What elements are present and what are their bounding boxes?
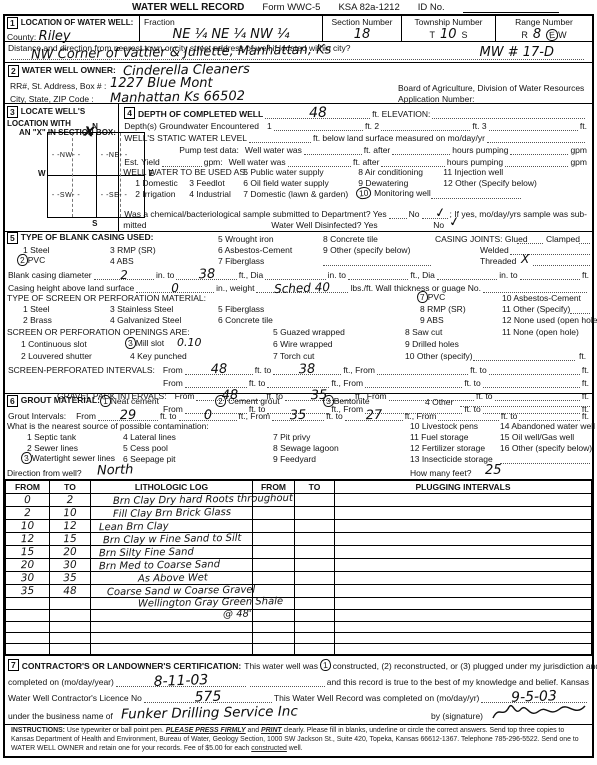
use-8: 8 Air conditioning	[358, 167, 423, 177]
yield-blank-2	[381, 158, 444, 167]
gi-blank-6	[519, 412, 580, 421]
section6-number: 6	[7, 395, 18, 407]
use-5: 5 Public water supply	[243, 167, 323, 177]
screen-material-row-2: 1 Steel 3 Stainless Steel 5 Fiberglass 8…	[5, 304, 592, 315]
well-number-value: MW # 17-D	[480, 45, 554, 60]
use-10: 10 Monitoring well	[356, 187, 431, 199]
grout-other-blank	[460, 399, 590, 407]
section5-number: 5	[7, 232, 18, 244]
use-12: 12 Other (Specify below)	[443, 178, 537, 188]
gw-blank-1	[274, 122, 363, 131]
instructions-constructed: constructed	[251, 745, 287, 752]
ksa-number: KSA 82a-1212	[338, 2, 399, 13]
clamped-label: Clamped	[546, 234, 580, 244]
section-number-label: Section Number	[323, 17, 401, 27]
casing-8: 8 Concrete tile	[323, 234, 378, 244]
use-row-3: 2 Irrigation 4 Industrial 7 Domestic (la…	[121, 189, 590, 200]
diam-ftdia-2: ft., Dia	[410, 270, 435, 280]
constructed-1-circled: 1	[320, 659, 332, 672]
grout-1: 1Neat cement	[100, 395, 159, 407]
log-row: 210Fill Clay Brn Brick Glass	[6, 507, 592, 520]
direction-label: Direction from well?	[7, 468, 82, 478]
log-row-empty	[6, 644, 592, 655]
gi-ftto-2: ft. to	[326, 411, 343, 421]
spi-from: From	[163, 365, 183, 375]
use-10-label: Monitoring well	[374, 188, 431, 198]
casing-6: 6 Asbestos-Cement	[218, 245, 292, 255]
cert-blank-mid	[250, 678, 325, 687]
spi2-ftfrom: ft., From	[331, 378, 363, 388]
static-level-line: WELL'S STATIC WATER LEVEL ft. below land…	[121, 131, 590, 143]
diameter-value: 2	[120, 268, 128, 282]
pump-www: Well water was	[245, 145, 302, 155]
sample-question: Was a chemical/bacteriological sample su…	[124, 209, 386, 219]
diam-into-1: in. to	[156, 270, 174, 280]
use-label: WELL WATER TO BE USED AS:	[123, 167, 247, 177]
lithologic-table-wrap: FROM TO LITHOLOGIC LOG FROM TO PLUGGING …	[5, 480, 592, 655]
log-row: 2030Brn Med to Coarse Sand	[6, 559, 592, 572]
col-to-1: TO	[50, 481, 91, 494]
opening-10-ft: ft.	[579, 351, 586, 361]
spi-blank-2: 38	[273, 366, 341, 375]
spi2-ftto-2: ft. to	[464, 378, 481, 388]
opening-11: 11 None (open hole)	[502, 327, 579, 337]
signature-label: by (signature)	[431, 711, 483, 721]
mill-slot-value: 0.10	[177, 336, 202, 349]
screen-intervals-line-1: SCREEN-PERFORATED INTERVALS: From 48 ft.…	[5, 362, 592, 375]
completed-date-value: 8-11-03	[153, 672, 208, 690]
diameter-label: Blank casing diameter	[8, 270, 92, 280]
direction-value: North	[97, 463, 134, 479]
fraction-value: NE ¼ NE ¼ NW ¼	[140, 27, 322, 42]
grout-title: GROUT MATERIAL:	[21, 395, 100, 405]
screen-1: 1 Steel	[23, 304, 49, 314]
casing-7: 7 Fiberglass	[218, 256, 264, 266]
opening-9: 9 Drilled holes	[405, 339, 459, 349]
log-header-row: FROM TO LITHOLOGIC LOG FROM TO PLUGGING …	[6, 481, 592, 494]
form-header: WATER WELL RECORD Form WWC-5 KSA 82a-121…	[132, 2, 559, 13]
spi-ft-end: ft.	[582, 365, 589, 375]
casing-joints-label: CASING JOINTS: Glued	[435, 234, 528, 244]
col-to-2: TO	[295, 481, 335, 494]
opening-10: 10 Other (specify)	[405, 351, 473, 361]
contam-other-blank	[500, 456, 590, 464]
depth-value: 48	[308, 105, 326, 122]
screen-5: 5 Fiberglass	[218, 304, 264, 314]
diam-into-2: in. to	[328, 270, 346, 280]
casing-3: 3 RMP (SR)	[110, 245, 156, 255]
static-mid-label: ft. below land surface measured on mo/da…	[313, 133, 485, 143]
openings-row-1: SCREEN OR PERFORATION OPENINGS ARE: 5 Gu…	[5, 326, 592, 338]
lithologic-table: FROM TO LITHOLOGIC LOG FROM TO PLUGGING …	[5, 480, 592, 655]
certification-title: CONTRACTOR'S OR LANDOWNER'S CERTIFICATIO…	[22, 661, 242, 671]
yield-gpm: gpm:	[204, 157, 223, 167]
openings-title: SCREEN OR PERFORATION OPENINGS ARE:	[7, 327, 190, 337]
screen-4: 4 Galvanized Steel	[110, 315, 181, 325]
instructions-label: INSTRUCTIONS:	[11, 727, 65, 734]
spi-blank-4	[489, 366, 580, 375]
opening-10-blank	[473, 353, 575, 361]
spi2-from: From	[163, 378, 183, 388]
diameter-ft-value: 38	[198, 267, 215, 283]
instructions-p4: well.	[287, 745, 303, 752]
opening-6: 6 Wire wrapped	[273, 339, 333, 349]
screen-9: 9 ABS	[420, 315, 444, 325]
screen-12: 12 None used (open hole)	[502, 315, 597, 325]
sample-rest: ; If yes, mo/day/yrs sample was sub-	[450, 209, 587, 219]
screen-2: 2 Brass	[23, 315, 52, 325]
casing-height-line: Casing height above land surface 0 in., …	[5, 280, 592, 293]
application-number-label: Application Number:	[398, 94, 475, 104]
gi-blank-4: 27	[345, 412, 403, 421]
opening-1: 1 Continuous slot	[21, 339, 87, 349]
elevation-blank	[432, 110, 585, 119]
screen-11-blank	[570, 306, 590, 314]
screen-7-pvc: 7PVC	[417, 291, 445, 303]
pump-blank-2	[392, 146, 450, 155]
grout-2-label: Cement grout	[228, 396, 280, 406]
township-s: S	[462, 30, 468, 40]
contam-15: 15 Oil well/Gas well	[500, 432, 574, 442]
form-title: WATER WELL RECORD	[132, 2, 244, 13]
log-row: 02Brn Clay Dry hard Roots throughout	[6, 494, 592, 507]
quadrant-nw: - -NW- -	[52, 152, 81, 159]
depth-label: DEPTH OF COMPLETED WELL	[138, 109, 263, 119]
section-number-value: 18	[323, 27, 401, 42]
section-box-dashed-left	[72, 133, 73, 217]
record-completed-label: This Water Well Record was completed on …	[274, 693, 479, 703]
groundwater-label: Depth(s) Groundwater Encountered	[124, 121, 259, 131]
spi-from-value: 48	[210, 362, 227, 378]
opening-7: 7 Torch cut	[273, 351, 314, 361]
spi2-ftto: ft. to	[249, 378, 266, 388]
contam-14: 14 Abandoned water well	[500, 421, 595, 431]
contam-9: 9 Feedyard	[273, 454, 316, 464]
fraction-cell: Fraction NE ¼ NE ¼ NW ¼	[140, 16, 323, 41]
depth-blank: 48	[265, 110, 370, 119]
casing-2-label: PVC	[28, 255, 45, 265]
instructions-print: PRINT	[261, 727, 282, 734]
feet-label: How many feet?	[410, 468, 471, 478]
est-yield-line: Est. Yield gpm:Well water was ft. after …	[121, 155, 590, 167]
depth-line: 4 DEPTH OF COMPLETED WELL 48 ft. ELEVATI…	[121, 105, 590, 119]
contam-5: 5 Cess pool	[123, 443, 168, 453]
use-6: 6 Oil field water supply	[243, 178, 329, 188]
use-row-1: WELL WATER TO BE USED AS: 5 Public water…	[121, 167, 590, 178]
use-10-blank	[431, 191, 521, 199]
screen-6: 6 Concrete tile	[218, 315, 273, 325]
weight-blank: Sched 40	[256, 284, 348, 293]
owner-title: WATER WELL OWNER:	[22, 65, 116, 75]
yield-blank-0	[162, 158, 202, 167]
instructions-press-firmly: PLEASE PRESS FIRMLY	[166, 727, 246, 734]
completed-label: completed on (mo/day/year)	[8, 677, 114, 687]
casing-9: 9 Other (specify below)	[323, 245, 410, 255]
contamination-row-2: 1 Septic tank 4 Lateral lines 7 Pit priv…	[5, 432, 592, 443]
threaded-label: Threaded	[480, 256, 516, 266]
city-label: City, State, ZIP Code :	[10, 94, 94, 104]
threaded-blank	[533, 258, 590, 266]
diam-ftdia-1: ft., Dia	[239, 270, 264, 280]
contam-1: 1 Septic tank	[27, 432, 76, 442]
compass-w: W	[38, 169, 46, 178]
clamped-blank	[579, 236, 590, 244]
yield-hours: hours pumping	[447, 157, 503, 167]
col-plugging-intervals: PLUGGING INTERVALS	[335, 481, 592, 494]
diam-into-3: in. to	[499, 270, 517, 280]
range-cell: Range Number R 8 EW	[496, 16, 592, 41]
board-label: Board of Agriculture, Division of Water …	[398, 83, 584, 93]
township-t: T	[429, 30, 435, 40]
contam-11: 11 Fuel storage	[410, 432, 468, 442]
grout-1-circled: 1	[100, 395, 112, 408]
section-number-cell: Section Number 18	[323, 16, 402, 41]
gi-blank-3: 35	[272, 412, 324, 421]
form-frame: 1LOCATION OF WATER WELL: County: Riley F…	[3, 14, 594, 758]
diam-blank-4	[348, 271, 408, 280]
static-blank-1	[249, 134, 311, 143]
diam-blank-3	[265, 271, 325, 280]
casing-5: 5 Wrought iron	[218, 234, 274, 244]
grout-3: 3Bentonite	[323, 395, 370, 407]
use-1: 1 Domestic	[135, 178, 178, 188]
mitted-label: mitted	[123, 220, 146, 230]
spacer	[121, 200, 590, 207]
cert-line-2: completed on (mo/day/year) 8-11-03 and t…	[5, 671, 592, 687]
pump-test-line: Pump test data:Well water was ft. after …	[121, 143, 590, 155]
openings-row-3: 2 Louvered shutter 4 Key punched 7 Torch…	[5, 350, 592, 362]
spi2-ft-end: ft.	[582, 378, 589, 388]
quadrant-ne: - -NE- -	[101, 152, 128, 159]
yield-blank-3	[505, 158, 568, 167]
casing-diameter-line: Blank casing diameter 2 in. to 38 ft., D…	[5, 267, 592, 280]
col-from-2: FROM	[253, 481, 295, 494]
feet-value: 25	[485, 463, 502, 478]
spi2-blank-4	[483, 379, 580, 388]
gi-ftfrom: ft., From	[239, 411, 271, 421]
gw-1: 1	[267, 121, 272, 131]
contamination-row-1: What is the nearest source of possible c…	[5, 421, 592, 432]
pump-blank-1	[304, 146, 362, 155]
grout-2: 2 Cement grout	[215, 395, 280, 407]
range-r: R	[521, 30, 528, 40]
screen-material-row-1: TYPE OF SCREEN OR PERFORATION MATERIAL: …	[5, 293, 592, 304]
gw-ft: ft.	[580, 121, 587, 131]
section1-number: 1	[7, 17, 18, 29]
county-cell: 1LOCATION OF WATER WELL: County: Riley	[5, 16, 140, 41]
screen-intervals-label: SCREEN-PERFORATED INTERVALS:	[8, 365, 155, 375]
log-row: 1520Brn Silty Fine Sand	[6, 546, 592, 559]
contam-7: 7 Pit privy	[273, 432, 310, 442]
sample-line: Was a chemical/bacteriological sample su…	[121, 207, 590, 219]
direction-line: Direction from well? North How many feet…	[5, 465, 592, 479]
license-label: Water Well Contractor's Licence No	[8, 693, 142, 703]
col-lithologic-log: LITHOLOGIC LOG	[91, 481, 253, 494]
opening-3-circled: 3	[125, 337, 137, 350]
cert-text-a: This water well was	[244, 661, 318, 671]
log-row: Wellington Gray Green Shale	[6, 598, 592, 610]
section3-number: 3	[7, 106, 18, 118]
license-blank: 575	[144, 694, 272, 703]
diam-blank-5	[437, 271, 497, 280]
id-blank-line	[463, 3, 559, 13]
grout-3-label: Bentonite	[334, 396, 370, 406]
depth-panel: 4 DEPTH OF COMPLETED WELL 48 ft. ELEVATI…	[119, 104, 592, 231]
gi-blank-5	[438, 412, 499, 421]
diam-blank-1: 2	[94, 271, 154, 280]
section1-title: LOCATION OF WATER WELL:	[21, 18, 134, 27]
grout-intervals-label: Grout Intervals:	[8, 411, 66, 421]
casing-2-pvc: 2PVC	[17, 254, 45, 266]
use-10-circled: 10	[356, 187, 372, 200]
spi-ftfrom: ft., From	[343, 365, 375, 375]
address-label: RR#, St. Address, Box # :	[10, 81, 106, 91]
record-date-value: 9-5-03	[511, 689, 557, 707]
sample-no-label: No	[409, 209, 420, 219]
opening-2: 2 Louvered shutter	[21, 351, 92, 361]
opening-4: 4 Key punched	[130, 351, 187, 361]
gw-blank-3	[489, 122, 578, 131]
contam-10: 10 Livestock pens	[410, 421, 478, 431]
screen-material-title: TYPE OF SCREEN OR PERFORATION MATERIAL:	[7, 293, 206, 303]
contam-16: 16 Other (specify below)	[500, 443, 592, 453]
disinfected-line: mitted Water Well Disinfected? Yes No ✓	[121, 219, 590, 231]
yield-ft-after: ft. after	[353, 157, 379, 167]
weight-rest-label: lbs./ft. Wall thickness or guage No.	[350, 283, 481, 293]
contam-12: 12 Fertilizer storage	[410, 443, 485, 453]
section7-number: 7	[8, 659, 19, 671]
section3-4-row: 3LOCATE WELL'S LOCATION WITH AN "X" IN S…	[5, 104, 592, 232]
record-date-blank: 9-5-03	[481, 694, 587, 703]
elevation-label: ft. ELEVATION:	[372, 109, 430, 119]
screen-8: 8 RMP (SR)	[420, 304, 466, 314]
s5-line1: 5TYPE OF BLANK CASING USED: 5 Wrought ir…	[5, 234, 592, 245]
welded-label: Welded	[480, 245, 509, 255]
pump-test-label: Pump test data:	[179, 145, 239, 155]
contam-4: 4 Lateral lines	[123, 432, 176, 442]
yield-blank-1	[288, 158, 351, 167]
weight-label: in., weight	[216, 283, 254, 293]
opening-3-millslot: 3Mill slot	[125, 337, 164, 349]
gi-ftto-3: ft. to	[501, 411, 518, 421]
casing-title: TYPE OF BLANK CASING USED:	[21, 232, 154, 242]
yield-www: Well water was	[229, 157, 286, 167]
township-cell: Township Number T 10 S	[402, 16, 496, 41]
opening-3-label: Mill slot	[136, 338, 164, 348]
opening-8: 8 Saw cut	[405, 327, 442, 337]
grout-2-circled: 2	[215, 395, 227, 408]
compass-s: S	[92, 219, 97, 228]
cert-line-1: 7 CONTRACTOR'S OR LANDOWNER'S CERTIFICAT…	[5, 658, 592, 671]
grout-1-label: Neat cement	[111, 396, 159, 406]
groundwater-line: Depth(s) Groundwater Encountered1 ft. 2 …	[121, 119, 590, 131]
gauge-blank	[483, 284, 587, 293]
log-row-empty	[6, 622, 592, 633]
cert-line-4: under the business name of Funker Drilli…	[5, 703, 592, 721]
screen-3: 3 Stainless Steel	[110, 304, 173, 314]
casing-4: 4 ABS	[110, 256, 134, 266]
log-row: 1215Brn Clay w Fine Sand to Silt	[6, 533, 592, 546]
instructions-box: INSTRUCTIONS: Use typewriter or ball poi…	[5, 725, 592, 756]
contam-13: 13 Insecticide storage	[410, 454, 493, 464]
business-name-value: Funker Drilling Service Inc	[121, 704, 298, 723]
township-value: 10	[440, 27, 457, 42]
gi-ftfrom-2: ft., From	[405, 411, 437, 421]
use-2: 2 Irrigation	[135, 189, 175, 199]
log-row: 1012Lean Brn Clay	[6, 520, 592, 533]
log-row: @ 48'	[6, 610, 592, 622]
contam-3-circled: 3	[21, 452, 33, 465]
range-w: W	[558, 30, 567, 40]
pump-ft-after: ft. after	[364, 145, 390, 155]
distance-row: Distance and direction from nearest town…	[5, 42, 592, 63]
fraction-label: Fraction	[140, 17, 322, 27]
instructions-p2: and	[246, 727, 261, 734]
form-number: Form WWC-5	[262, 2, 320, 13]
glued-blank	[517, 236, 543, 244]
height-label: Casing height above land surface	[8, 283, 134, 293]
casing-other-blank	[323, 258, 431, 266]
cert-line-3: Water Well Contractor's Licence No 575 T…	[5, 687, 592, 703]
grout-intervals-line: Grout Intervals: From 29 ft. to 0 ft., F…	[5, 408, 592, 421]
screen-11: 11 Other (Specify)	[502, 304, 570, 314]
gw-3: ft. 3	[472, 121, 486, 131]
gi-blank-1: 29	[98, 412, 158, 421]
static-blank-2	[487, 134, 585, 143]
spi-ftto-2: ft. to	[470, 365, 487, 375]
screen-10: 10 Asbestos-Cement	[502, 293, 581, 303]
owner-section: 2WATER WELL OWNER: Cinderella Cleaners R…	[5, 63, 592, 104]
township-label: Township Number	[402, 17, 495, 27]
grout-section: 6GROUT MATERIAL: 1Neat cement 2 Cement g…	[5, 394, 592, 480]
cert-text-b: constructed, (2) reconstructed, or (3) p…	[333, 661, 597, 671]
spi-ftto: ft. to	[255, 365, 272, 375]
section-box-panel: 3LOCATE WELL'S LOCATION WITH AN "X" IN S…	[5, 104, 119, 231]
sample-yes-blank	[389, 210, 407, 219]
spi-blank-3	[377, 366, 468, 375]
use-11: 11 Injection well	[443, 167, 503, 177]
instructions-p1: Use typewriter or ball point pen.	[67, 727, 166, 734]
quadrant-sw: - -SW- -	[52, 192, 80, 199]
section1-header-row: 1LOCATION OF WATER WELL: County: Riley F…	[5, 16, 592, 42]
section2-number: 2	[8, 65, 19, 77]
contam-3-label: Watertight sewer lines	[32, 453, 115, 463]
casing-section: 5TYPE OF BLANK CASING USED: 5 Wrought ir…	[5, 232, 592, 394]
id-label: ID No.	[418, 2, 445, 13]
section3-title-1: LOCATE WELL'S LOCATION WITH	[7, 107, 85, 128]
spi-to-value: 38	[299, 362, 316, 378]
license-value: 575	[194, 689, 221, 706]
spi-blank-1: 48	[185, 366, 253, 375]
grout-material-line: 6GROUT MATERIAL: 1Neat cement 2 Cement g…	[5, 396, 592, 408]
diam-ft-end: ft.	[582, 270, 589, 280]
height-blank: 0	[136, 284, 214, 293]
screen-material-row-3: 2 Brass 4 Galvanized Steel 6 Concrete ti…	[5, 315, 592, 326]
gi-from: From	[76, 411, 96, 421]
s5-line3: 2PVC 4 ABS 7 Fiberglass Threaded X	[5, 256, 592, 267]
log-row: 3035As Above Wet	[6, 572, 592, 585]
completed-blank: 8-11-03	[116, 678, 246, 687]
use-3: 3 Feedlot	[189, 178, 224, 188]
opening-5: 5 Guazed wrapped	[273, 327, 345, 337]
yield-gpm-2: gpm	[570, 157, 587, 167]
pump-blank-3	[510, 146, 568, 155]
well-x-mark: X	[84, 125, 96, 141]
disinfected-label: Water Well Disinfected? Yes	[271, 220, 377, 230]
diam-blank-2: 38	[176, 271, 236, 280]
log-row-empty	[6, 633, 592, 644]
contamination-label: What is the nearest source of possible c…	[7, 421, 209, 431]
